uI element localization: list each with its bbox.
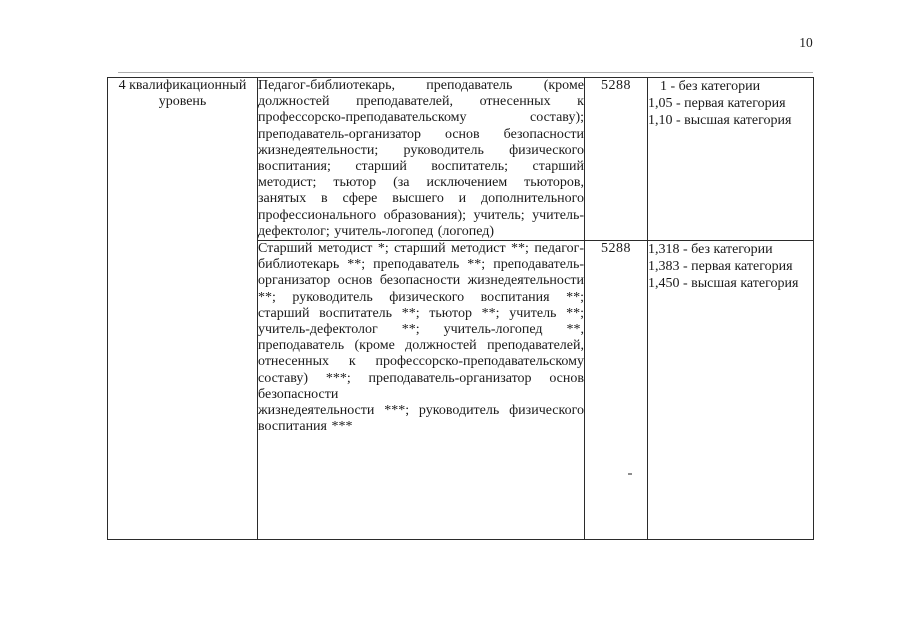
positions-cell: Старший методист *; старший методист **;…: [258, 241, 585, 540]
scan-speck: [628, 473, 632, 475]
positions-paragraph: Педагог-библиотекарь, преподаватель (кро…: [258, 78, 584, 240]
coefficient-line: 1 - без категории: [648, 78, 813, 95]
coefficients-cell: 1,318 - без категории 1,383 - первая кат…: [648, 241, 814, 540]
positions-paragraph: Старший методист *; старший методист **;…: [258, 241, 584, 403]
positions-paragraph: жизнедеятельности ***; руководитель физи…: [258, 403, 584, 435]
page-number: 10: [790, 35, 822, 51]
coefficient-line: 1,10 - высшая категория: [648, 112, 813, 129]
table-row: 4 квалификационный уровень Педагог-библи…: [108, 78, 814, 241]
salary-cell: 5288: [585, 241, 648, 540]
scan-artifact-line: [118, 72, 813, 73]
salary-cell: 5288: [585, 78, 648, 241]
coefficient-line: 1,450 - высшая категория: [648, 275, 813, 292]
qualification-salary-table: 4 квалификационный уровень Педагог-библи…: [107, 77, 814, 540]
coefficient-line: 1,05 - первая категория: [648, 95, 813, 112]
document-page: 10 4 квалификационный уровень Педагог-би…: [0, 0, 905, 640]
coefficient-line: 1,318 - без категории: [648, 241, 813, 258]
qualification-level-cell: 4 квалификационный уровень: [108, 78, 258, 540]
coefficient-line: 1,383 - первая категория: [648, 258, 813, 275]
coefficients-cell: 1 - без категории 1,05 - первая категори…: [648, 78, 814, 241]
positions-cell: Педагог-библиотекарь, преподаватель (кро…: [258, 78, 585, 241]
